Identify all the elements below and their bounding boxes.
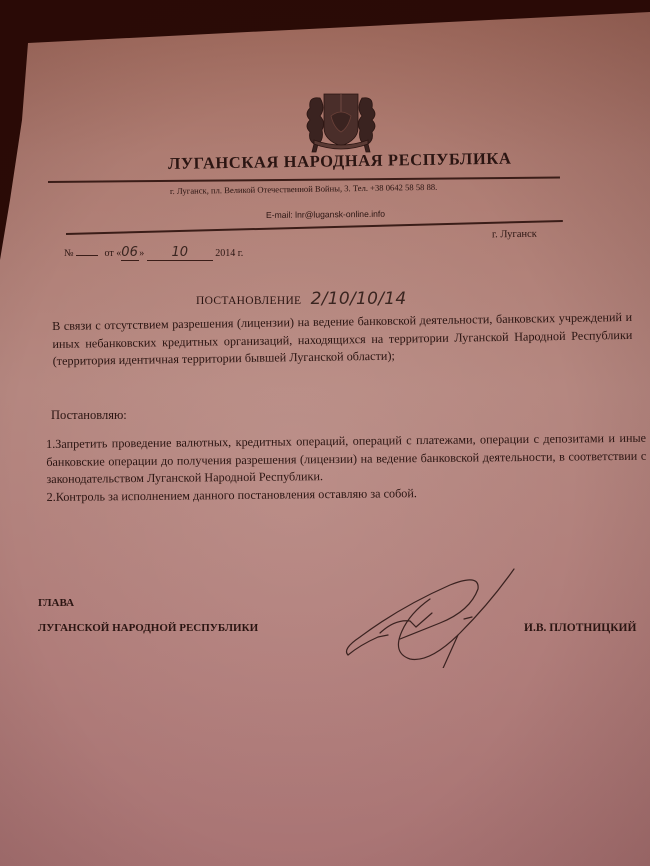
signatory-name: И.В. ПЛОТНИЦКИЙ bbox=[524, 622, 636, 634]
date-year: 2014 г. bbox=[215, 248, 243, 259]
number-blank bbox=[76, 255, 98, 256]
city-label: г. Луганск bbox=[492, 229, 537, 241]
decree-item: 1.Запретить проведение валютных, кредитн… bbox=[46, 430, 647, 489]
decree-label: Постановляю: bbox=[51, 408, 127, 423]
document-type-label: ПОСТАНОВЛЕНИЕ bbox=[196, 295, 301, 307]
handwritten-document-number: 2/10/10/14 bbox=[311, 289, 407, 309]
document-number-date: № от «06» 10 2014 г. bbox=[64, 245, 243, 261]
document-type: ПОСТАНОВЛЕНИЕ 2/10/10/14 bbox=[196, 289, 406, 309]
number-label: № bbox=[64, 248, 74, 259]
coat-of-arms-icon bbox=[298, 88, 384, 154]
date-day-close: » bbox=[139, 248, 144, 259]
signatory-position-line1: ГЛАВА bbox=[38, 597, 74, 609]
signature-icon bbox=[340, 563, 530, 668]
date-month: 10 bbox=[147, 245, 213, 261]
signatory-position-line2: ЛУГАНСКОЙ НАРОДНОЙ РЕСПУБЛИКИ bbox=[38, 622, 258, 634]
date-day: 06 bbox=[121, 245, 139, 261]
organization-email: E-mail: lnr@lugansk-online.info bbox=[266, 209, 385, 220]
date-from-label: от « bbox=[105, 248, 122, 259]
decree-items: 1.Запретить проведение валютных, кредитн… bbox=[46, 430, 647, 506]
preamble-paragraph: В связи с отсутствием разрешения (лиценз… bbox=[52, 309, 633, 371]
